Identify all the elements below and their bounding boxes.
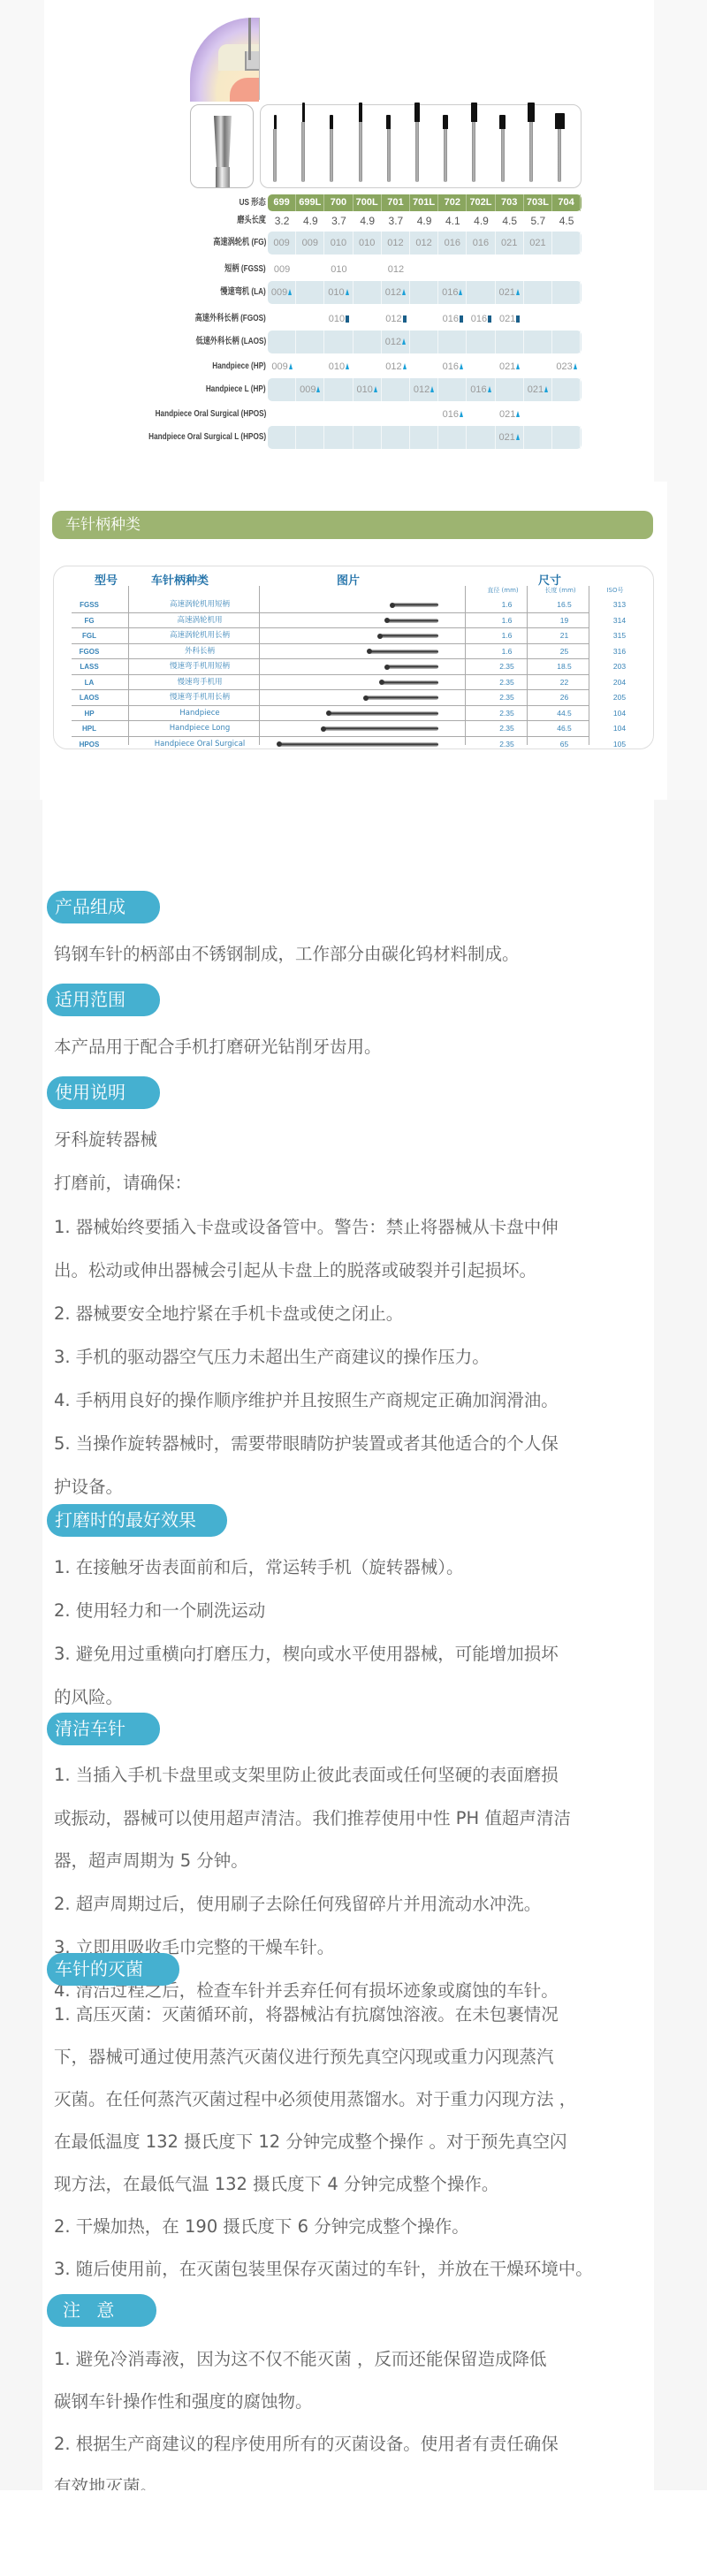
section-paragraph-line: 1. 避免冷消毒液，因为这不仅不能灭菌 ，反而还能保留造成降低 <box>54 2349 664 2370</box>
bur-shank-image <box>392 603 438 607</box>
spec-cell <box>524 403 552 426</box>
shank-diameter: 2.35 <box>487 675 527 690</box>
spec-cell <box>410 426 438 449</box>
shank-type-card: 车针柄种类 型号 车针柄种类 图片 尺寸 直径 (mm) 长度 (mm) ISO… <box>40 486 667 791</box>
section-title-badge: 产品组成 <box>47 891 160 923</box>
bur-shank <box>558 129 561 182</box>
bur-head <box>330 115 333 129</box>
shank-name: 慢速弯手机用 <box>142 675 257 690</box>
spec-row: 低速外科长柄 (LAOS)012 <box>44 331 654 353</box>
shank-code: FGL <box>72 628 107 643</box>
bur-shank-image <box>366 695 438 700</box>
triangle-marker-icon <box>459 289 462 295</box>
us-shape-label: US 形态 <box>239 194 266 211</box>
table-row: LASS慢速弯手机用短柄2.3518.5203 <box>72 659 589 675</box>
spec-cell: 021 <box>496 403 524 426</box>
bur-closeup-image <box>190 104 254 188</box>
spec-cell <box>467 281 495 304</box>
spec-cell <box>324 378 353 401</box>
bur-head <box>302 103 305 122</box>
bur-shape-icon <box>355 103 366 182</box>
spec-cell: 009 <box>268 232 296 255</box>
spec-cell: 021 <box>496 281 524 304</box>
spec-cell <box>552 281 581 304</box>
section-paragraph-line: 2. 超声周期过后，使用刷子去除任何残留碎片并用流动水冲洗。 <box>54 1894 664 1915</box>
spec-cell <box>524 281 552 304</box>
triangle-marker-icon <box>516 363 520 369</box>
head-length-cell: 4.5 <box>496 212 524 230</box>
spec-cell: 021 <box>496 232 524 255</box>
spec-cell <box>382 378 410 401</box>
table-row: LA慢速弯手机用2.3522204 <box>72 675 589 691</box>
section-paragraph-line: 1. 在接触牙齿表面前和后，常运转手机（旋转器械）。 <box>54 1557 664 1578</box>
square-marker-icon <box>403 315 407 323</box>
spec-cell <box>552 378 581 401</box>
model-header-cell: 703 <box>496 194 524 211</box>
spec-cell <box>438 331 467 353</box>
tooth-illustration <box>190 18 259 102</box>
bur-head <box>499 115 506 129</box>
section-paragraph-line: 下，器械可通过使用蒸汽灭菌仪进行预先真空闪现或重力闪现蒸汽 <box>54 2047 664 2068</box>
spec-cell <box>296 308 324 331</box>
spec-cell <box>296 403 324 426</box>
shank-diameter: 1.6 <box>487 628 527 643</box>
square-marker-icon <box>460 315 463 323</box>
spec-cell <box>467 426 495 449</box>
shank-iso: 316 <box>602 644 637 659</box>
spec-cell <box>552 403 581 426</box>
model-header-bar: 699699L700700L701701L702702L703703L704 <box>268 194 582 211</box>
spec-cell <box>438 378 467 401</box>
spec-cell: 012 <box>382 331 410 353</box>
bur-shank <box>529 122 533 182</box>
shank-name: 高速涡轮机用长柄 <box>142 628 257 643</box>
spec-cell <box>324 331 353 353</box>
spec-cell: 021 <box>496 355 524 378</box>
bur-spec-card: US 形态 699699L700700L701701L702702L703703… <box>44 0 654 482</box>
bur-shank-image <box>323 726 438 731</box>
shank-code: LA <box>72 675 107 690</box>
bur-head <box>359 103 362 122</box>
shank-diameter: 2.35 <box>487 690 527 705</box>
spec-cell: 012 <box>410 378 438 401</box>
bur-shank <box>301 122 305 182</box>
spec-cell <box>552 426 581 449</box>
section-paragraph-line: 1. 器械始终要插入卡盘或设备管中。警告：禁止将器械从卡盘中伸 <box>54 1217 664 1238</box>
bur-shape-icon <box>326 115 337 182</box>
table-row: HPHandpiece2.3544.5104 <box>72 706 589 722</box>
section-paragraph-line: 本产品用于配合手机打磨研光钻削牙齿用。 <box>54 1037 664 1058</box>
section-paragraph-line: 打磨前，请确保： <box>54 1173 664 1194</box>
shank-length: 26 <box>544 690 584 705</box>
shank-diameter: 1.6 <box>487 597 527 612</box>
spec-cell <box>324 426 353 449</box>
spec-cell <box>268 331 296 353</box>
bur-shank <box>501 129 505 182</box>
shank-iso: 205 <box>602 690 637 705</box>
bur-shank-image <box>387 619 438 623</box>
bur-shank-image <box>329 711 438 716</box>
spec-cell <box>467 258 495 281</box>
triangle-marker-icon <box>488 386 491 392</box>
section-paragraph-line: 2. 干燥加热，在 190 摄氏度下 6 分钟完成整个操作。 <box>54 2216 664 2238</box>
spec-cell: 016 <box>438 281 467 304</box>
square-marker-icon <box>346 315 349 323</box>
spec-cell: 016 <box>467 232 495 255</box>
model-header-cell: 703L <box>524 194 552 211</box>
bur-shapes-image <box>260 104 582 188</box>
spec-row-label: 慢速弯机 (LA) <box>221 281 266 304</box>
bur-shank-image <box>279 742 438 747</box>
spec-cell <box>438 426 467 449</box>
shank-diameter: 1.6 <box>487 644 527 659</box>
triangle-marker-icon <box>516 411 520 417</box>
spec-row-label: Handpiece Oral Surgical (HPOS) <box>155 403 266 426</box>
triangle-marker-icon <box>460 363 463 369</box>
shank-length: 22 <box>544 675 584 690</box>
shank-iso: 105 <box>602 737 637 752</box>
spec-cell: 012 <box>382 355 410 378</box>
spec-row: Handpiece (HP)009010012016021023 <box>44 355 654 378</box>
spec-row: Handpiece L (HP)009010012016021 <box>44 378 654 401</box>
spec-cell <box>524 355 552 378</box>
spec-cell <box>353 281 382 304</box>
shank-name: 高速涡轮机用短柄 <box>142 597 257 612</box>
subheader-iso: ISO号 <box>589 586 642 595</box>
shank-length: 18.5 <box>544 659 584 674</box>
shank-name: 慢速弯手机用长柄 <box>142 690 257 705</box>
table-row: HPLHandpiece Long2.3546.5104 <box>72 721 589 737</box>
triangle-marker-icon <box>574 363 577 369</box>
shank-diameter: 2.35 <box>487 721 527 736</box>
shank-type-table: 型号 车针柄种类 图片 尺寸 直径 (mm) 长度 (mm) ISO号 FGSS… <box>53 566 654 749</box>
spec-row-values: 009010012016021 <box>268 281 582 304</box>
section-title-badge: 适用范围 <box>47 984 160 1016</box>
spec-cell: 012 <box>382 258 410 281</box>
spec-cell: 016 <box>438 308 467 331</box>
head-length-cell: 3.7 <box>382 212 410 230</box>
section-paragraph-line: 或振动，器械可以使用超声清洁。我们推荐使用中性 PH 值超声清洁 <box>54 1808 664 1829</box>
section-paragraph-line: 在最低温度 132 摄氏度下 12 分钟完成整个操作 。对于预先真空闪 <box>54 2131 664 2153</box>
head-length-cell: 4.9 <box>467 212 495 230</box>
spec-cell: 021 <box>524 378 552 401</box>
spec-cell: 009 <box>268 355 296 378</box>
triangle-marker-icon <box>402 338 406 345</box>
spec-cell <box>268 426 296 449</box>
spec-cell: 021 <box>524 232 552 255</box>
shank-iso: 204 <box>602 675 637 690</box>
spec-cell: 009 <box>268 258 296 281</box>
spec-row-values: 012 <box>268 331 582 353</box>
shank-length: 65 <box>544 737 584 752</box>
bur-shank-image <box>387 665 438 669</box>
shank-diameter: 2.35 <box>487 737 527 752</box>
spec-row-label: 低速外科长柄 (LAOS) <box>195 331 266 353</box>
bur-shank <box>359 122 362 182</box>
spec-cell: 010 <box>324 281 353 304</box>
shank-diameter: 2.35 <box>487 659 527 674</box>
shank-name: 慢速弯手机用短柄 <box>142 659 257 674</box>
bur-shank <box>387 129 391 182</box>
bur-shank <box>273 129 277 182</box>
shank-type-banner: 车针柄种类 <box>52 511 653 539</box>
spec-cell: 021 <box>496 426 524 449</box>
triangle-marker-icon <box>544 386 548 392</box>
shank-iso: 104 <box>602 706 637 721</box>
spec-cell: 016 <box>467 308 495 331</box>
shank-iso: 203 <box>602 659 637 674</box>
triangle-marker-icon <box>516 434 520 440</box>
spec-cell <box>552 308 581 331</box>
section-paragraph-line: 2. 器械要安全地拧紧在手机卡盘或使之闭止。 <box>54 1303 664 1325</box>
bur-shape-icon <box>440 115 451 182</box>
triangle-marker-icon <box>289 363 293 369</box>
section-paragraph-line: 灭菌。在任何蒸汽灭菌过程中必须使用蒸馏水。对于重力闪现方法 ， <box>54 2089 664 2110</box>
spec-cell <box>496 378 524 401</box>
spec-cell: 012 <box>382 281 410 304</box>
spec-cell <box>296 426 324 449</box>
spec-cell: 012 <box>382 308 410 331</box>
head-length-cell: 3.7 <box>324 212 353 230</box>
table-row: FG高速涡轮机用1.619314 <box>72 613 589 629</box>
head-length-cell: 5.7 <box>524 212 552 230</box>
col-header-type: 车针柄种类 <box>151 571 209 588</box>
shank-length: 44.5 <box>544 706 584 721</box>
head-length-cell: 3.2 <box>268 212 296 230</box>
triangle-marker-icon <box>288 289 292 295</box>
shank-code: LAOS <box>72 690 107 705</box>
spec-cell <box>296 258 324 281</box>
spec-cell <box>268 403 296 426</box>
shank-code: FGSS <box>72 597 107 612</box>
shank-diameter: 2.35 <box>487 706 527 721</box>
subheader-diameter: 直径 (mm) <box>476 586 529 595</box>
spec-cell <box>524 426 552 449</box>
col-header-model: 型号 <box>95 571 118 588</box>
square-marker-icon <box>516 315 520 323</box>
table-row: FGOS外科长柄1.625316 <box>72 644 589 660</box>
triangle-marker-icon <box>374 386 377 392</box>
model-header-cell: 699 <box>268 194 296 211</box>
spec-row-values: 009010012 <box>268 258 582 281</box>
shank-code: FG <box>72 613 107 628</box>
section-paragraph-line: 2. 使用轻力和一个刷洗运动 <box>54 1600 664 1622</box>
model-header-cell: 704 <box>552 194 581 211</box>
section-paragraph-line: 出。松动或伸出器械会引起从卡盘上的脱落或破裂并引起损坏。 <box>54 1260 664 1281</box>
shank-length: 21 <box>544 628 584 643</box>
triangle-marker-icon <box>346 363 349 369</box>
triangle-marker-icon <box>403 363 407 369</box>
bur-shank-image <box>369 650 438 654</box>
spec-row-label: Handpiece L (HP) <box>206 378 266 401</box>
page-margin-left <box>0 482 40 800</box>
spec-cell: 010 <box>324 355 353 378</box>
spec-row-values: 016021 <box>268 403 582 426</box>
subheader-length: 长度 (mm) <box>534 586 587 595</box>
triangle-marker-icon <box>402 289 406 295</box>
page-margin-left <box>0 800 42 2490</box>
shank-length: 46.5 <box>544 721 584 736</box>
shank-iso: 315 <box>602 628 637 643</box>
spec-cell: 012 <box>382 232 410 255</box>
head-length-values: 3.24.93.74.93.74.94.14.94.55.74.5 <box>268 212 582 230</box>
model-header-cell: 702 <box>438 194 467 211</box>
spec-cell: 016 <box>438 403 467 426</box>
spec-row-values: 009010012016021 <box>268 378 582 401</box>
spec-row: Handpiece Oral Surgical (HPOS)016021 <box>44 403 654 426</box>
spec-cell: 009 <box>296 378 324 401</box>
spec-row-label: Handpiece Oral Surgical L (HPOS) <box>148 426 266 449</box>
section-paragraph-line: 1. 高压灭菌：灭菌循环前，将器械沾有抗腐蚀溶液。在未包裹情况 <box>54 2004 664 2025</box>
head-length-cell: 4.9 <box>296 212 324 230</box>
triangle-marker-icon <box>430 386 434 392</box>
spec-cell <box>438 258 467 281</box>
bur-shape-icon <box>270 115 280 182</box>
spec-cell <box>324 403 353 426</box>
spec-row-label: 短柄 (FGSS) <box>225 258 266 281</box>
head-length-cell: 4.9 <box>410 212 438 230</box>
spec-cell <box>353 426 382 449</box>
shank-name: Handpiece Oral Surgical <box>142 737 257 752</box>
spec-cell <box>410 355 438 378</box>
section-paragraph-line: 3. 随后使用前，在灭菌包装里保存灭菌过的车针，并放在干燥环境中。 <box>54 2259 664 2280</box>
shank-code: HPL <box>72 721 107 736</box>
section-paragraph-line: 现方法，在最低气温 132 摄氏度下 4 分钟完成整个操作。 <box>54 2174 664 2195</box>
shank-code: HPOS <box>72 737 107 752</box>
spec-cell: 010 <box>324 308 353 331</box>
section-paragraph-line: 护设备。 <box>54 1477 664 1498</box>
shank-name: Handpiece <box>142 706 257 721</box>
bur-shape-icon <box>384 115 394 182</box>
spec-cell: 016 <box>467 378 495 401</box>
bur-shank-image <box>380 634 438 638</box>
table-row: FGL高速涡轮机用长柄1.621315 <box>72 628 589 644</box>
bur-head <box>443 115 449 129</box>
bur-head <box>274 115 277 129</box>
spec-cell <box>353 355 382 378</box>
spec-row-values: 009009010010012012016016021021 <box>268 232 582 255</box>
spec-cell <box>382 426 410 449</box>
section-paragraph-line: 3. 手机的驱动器空气压力未超出生产商建议的操作压力。 <box>54 1347 664 1368</box>
spec-cell <box>410 308 438 331</box>
model-header-cell: 700 <box>324 194 353 211</box>
spec-cell <box>296 331 324 353</box>
spec-cell <box>552 331 581 353</box>
spec-cell: 010 <box>353 378 382 401</box>
section-title-badge: 打磨时的最好效果 <box>47 1504 227 1537</box>
section-title-badge: 清洁车针 <box>47 1713 160 1745</box>
shank-iso: 104 <box>602 721 637 736</box>
section-title-badge: 使用说明 <box>47 1076 160 1109</box>
spec-cell <box>552 232 581 255</box>
divider <box>259 18 260 100</box>
bur-shank <box>444 129 447 182</box>
spec-cell <box>410 331 438 353</box>
page-margin-right <box>667 482 707 800</box>
table-row: HPOSHandpiece Oral Surgical2.3565105 <box>72 737 589 753</box>
bur-head <box>471 103 477 122</box>
shank-name: 高速涡轮机用 <box>142 613 257 628</box>
spec-row-label: 高速外科长柄 (FGOS) <box>195 308 266 331</box>
spec-cell: 021 <box>496 308 524 331</box>
spec-row: 短柄 (FGSS)009010012 <box>44 258 654 281</box>
spec-cell <box>353 403 382 426</box>
head-length-cell: 4.9 <box>353 212 382 230</box>
section-title-badge: 车针的灭菌 <box>47 1953 179 1986</box>
section-paragraph-line: 4. 手柄用良好的操作顺序维护并且按照生产商规定正确加润滑油。 <box>54 1390 664 1411</box>
spec-row: 高速涡轮机 (FG)009009010010012012016016021021 <box>44 232 654 255</box>
divider <box>589 586 589 745</box>
shank-iso: 313 <box>602 597 637 612</box>
spec-cell: 009 <box>268 281 296 304</box>
section-paragraph-line: 1. 当插入手机卡盘里或支架里防止彼此表面或任何坚硬的表面磨损 <box>54 1765 664 1786</box>
section-paragraph-line: 牙科旋转器械 <box>54 1129 664 1151</box>
shank-name: Handpiece Long <box>142 721 257 736</box>
page-margin-left <box>0 0 44 482</box>
spec-cell: 010 <box>324 232 353 255</box>
spec-row: 高速外科长柄 (FGOS)010012016016021 <box>44 308 654 331</box>
model-header-cell: 701 <box>382 194 410 211</box>
bur-shape-icon <box>526 103 536 182</box>
bur-shape-icon <box>298 103 308 182</box>
model-header-cell: 699L <box>296 194 324 211</box>
model-header-cell: 701L <box>410 194 438 211</box>
table-row: LAOS慢速弯手机用长柄2.3526205 <box>72 690 589 706</box>
shank-code: FGOS <box>72 644 107 659</box>
spec-cell: 009 <box>296 232 324 255</box>
shank-length: 25 <box>544 644 584 659</box>
spec-cell <box>552 258 581 281</box>
spec-row-values: 021 <box>268 426 582 449</box>
spec-row: Handpiece Oral Surgical L (HPOS)021 <box>44 426 654 449</box>
head-length-cell: 4.1 <box>438 212 467 230</box>
spec-cell <box>524 308 552 331</box>
triangle-marker-icon <box>346 289 349 295</box>
head-length-label: 磨头长度 <box>237 212 266 230</box>
section-paragraph-line: 5. 当操作旋转器械时，需要带眼睛防护装置或者其他适合的个人保 <box>54 1433 664 1455</box>
spec-cell <box>268 308 296 331</box>
spec-cell <box>268 378 296 401</box>
bur-shape-icon <box>554 113 565 182</box>
spec-cell <box>524 258 552 281</box>
bur-shank <box>472 122 475 182</box>
spec-row-values: 009010012016021023 <box>268 355 582 378</box>
spec-cell <box>353 308 382 331</box>
spec-cell <box>410 403 438 426</box>
spec-cell <box>410 258 438 281</box>
section-title-badge: 注 意 <box>47 2294 156 2327</box>
spec-cell <box>410 281 438 304</box>
col-header-image: 图片 <box>337 571 360 588</box>
spec-row-label: Handpiece (HP) <box>212 355 266 378</box>
spec-cell: 010 <box>324 258 353 281</box>
spec-cell: 023 <box>552 355 581 378</box>
spec-cell <box>296 355 324 378</box>
bur-shank <box>415 122 419 182</box>
bur-shape-icon <box>498 115 508 182</box>
spec-row-values: 010012016016021 <box>268 308 582 331</box>
triangle-marker-icon <box>316 386 320 392</box>
bur-shape-icon <box>468 103 479 182</box>
spec-cell <box>524 331 552 353</box>
bur-shank-image <box>382 680 438 685</box>
section-paragraph-line: 的风险。 <box>54 1687 664 1708</box>
spec-cell <box>382 403 410 426</box>
shank-code: LASS <box>72 659 107 674</box>
bur-head <box>414 103 419 122</box>
spec-row: 慢速弯机 (LA)009010012016021 <box>44 281 654 304</box>
section-paragraph-line: 3. 避免用过重横向打磨压力，楔向或水平使用器械，可能增加损坏 <box>54 1644 664 1665</box>
